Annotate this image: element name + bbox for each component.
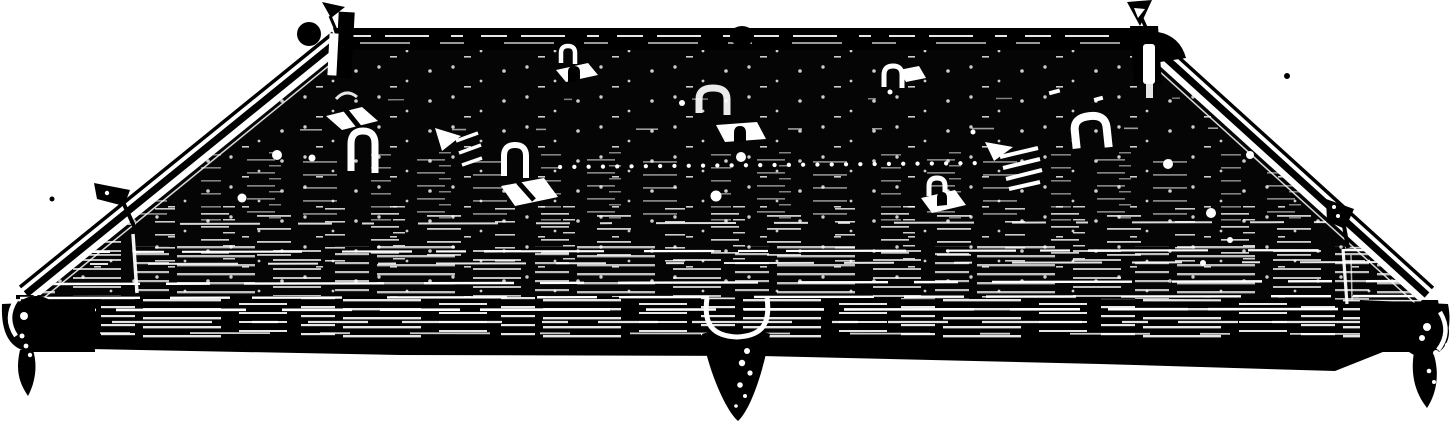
post-knob [297,22,321,46]
playing-surface [0,48,1455,306]
engraving-page [0,0,1455,425]
back-rail [333,26,1157,50]
croquet-table-engraving [0,0,1455,425]
foot-front-left [2,296,95,396]
back-rail-center-knob [730,26,754,46]
